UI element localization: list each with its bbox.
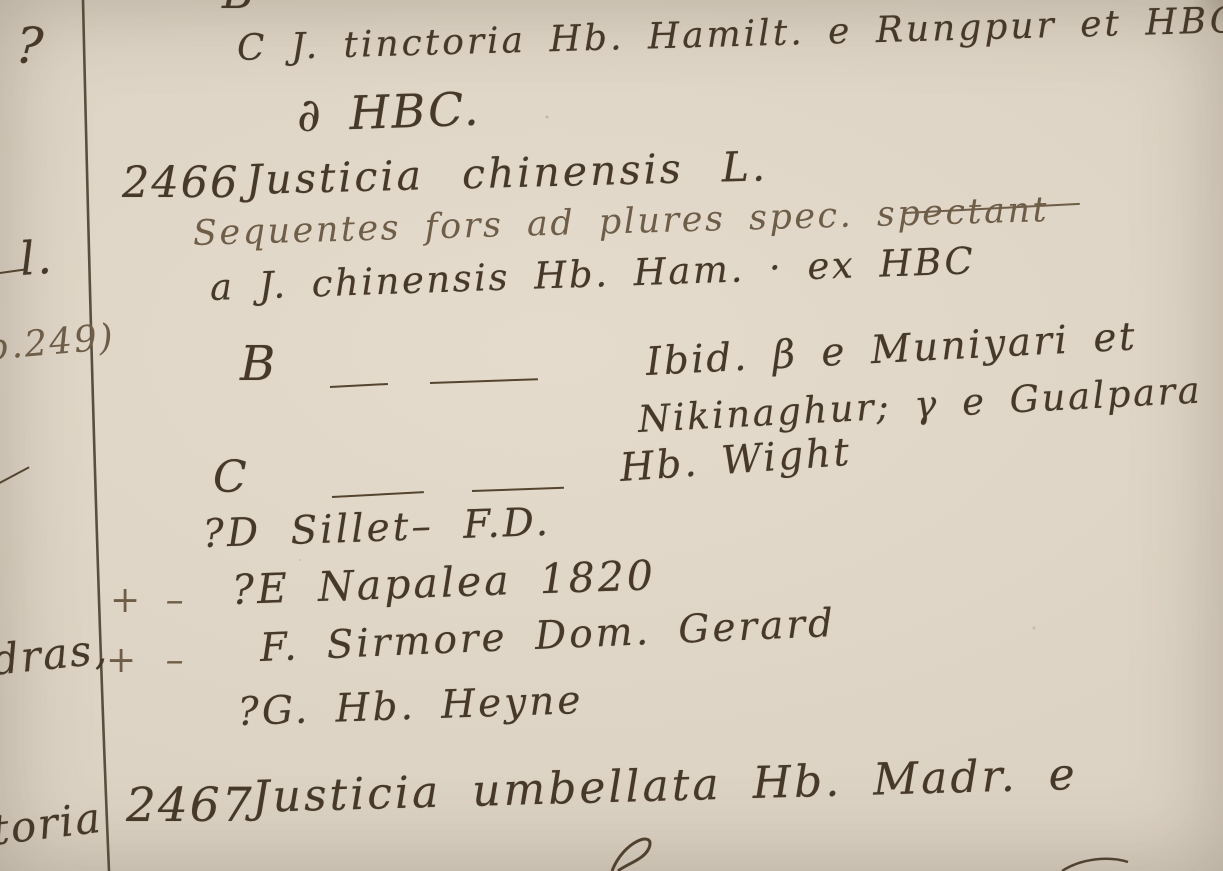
margin-mark-e: + –: [110, 580, 186, 621]
line-variety-d: ?D Sillet– F.D.: [202, 500, 551, 557]
margin-fragment-l: l.: [18, 230, 55, 286]
line-variety-e: ?E Napalea 1820: [231, 551, 657, 614]
margin-fragment-dras: dras,: [0, 624, 111, 685]
cutoff-next-line-strokes: [0, 0, 1223, 871]
margin-fragment-toria: toria: [0, 793, 105, 855]
entry-2466-number: 2466: [122, 158, 239, 208]
variety-b-ditto-dash-2: [430, 378, 538, 384]
line-d-hbc: ∂ HBC.: [296, 82, 481, 142]
margin-check-stroke: [0, 466, 30, 487]
entry-2467-number: 2467: [126, 778, 254, 833]
variety-b-label: B: [240, 336, 277, 392]
margin-page-reference: b.249): [0, 317, 117, 369]
variety-c-label: C: [213, 452, 249, 503]
margin-rule-line: [0, 0, 1223, 871]
margin-mark-f: + –: [106, 640, 186, 681]
variety-b-text: Ibid. β e Muniyari et: [645, 314, 1138, 385]
line-top-fragment: B – ——: [222, 0, 456, 19]
variety-c-ditto-dash-1: [332, 491, 424, 498]
entry-2467-name: Justicia umbellata Hb. Madr. e: [251, 749, 1078, 823]
line-variety-f: F. Sirmore Dom. Gerard: [259, 601, 837, 671]
manuscript-page: ? l. b.249) dras, toria B – —— C J. tinc…: [0, 0, 1223, 871]
entry-2466-name: Justicia chinensis L.: [245, 142, 768, 204]
line-variety-g: ?G. Hb. Heyne: [237, 678, 584, 735]
variety-c-ditto-dash-2: [472, 487, 564, 492]
variety-b-ditto-dash-1: [330, 383, 388, 388]
margin-question-mark: ?: [14, 16, 47, 76]
